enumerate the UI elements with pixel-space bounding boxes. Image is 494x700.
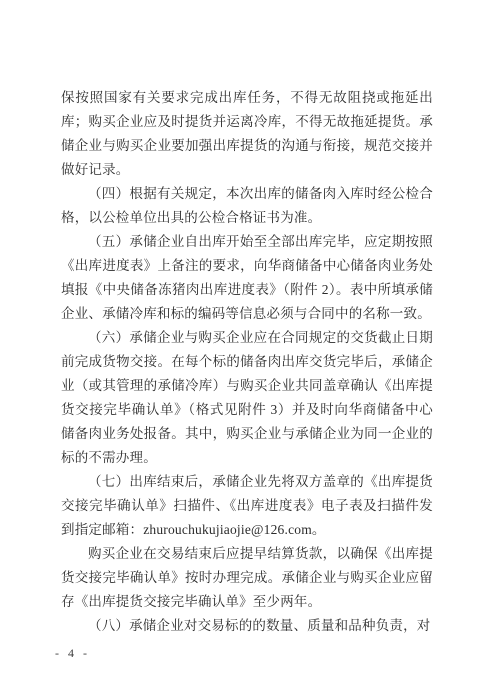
paragraph-item-5: （五）承储企业自出库开始至全部出库完毕，应定期按照《出库进度表》上备注的要求，向… xyxy=(61,230,433,326)
document-page: 保按照国家有关要求完成出库任务，不得无故阻挠或拖延出库；购买企业应及时提货并运离… xyxy=(0,0,494,700)
paragraph-item-4: （四）根据有关规定，本次出库的储备肉入库时经公检合格，以公检单位出具的公检合格证… xyxy=(61,182,433,230)
paragraph-item-6: （六）承储企业与购买企业应在合同规定的交货截止日期前完成货物交接。在每个标的储备… xyxy=(61,326,433,470)
paragraph-continuation: 保按照国家有关要求完成出库任务，不得无故阻挠或拖延出库；购买企业应及时提货并运离… xyxy=(61,86,433,182)
paragraph-item-8: （八）承储企业对交易标的的数量、质量和品种负责，对 xyxy=(61,614,433,638)
document-body: 保按照国家有关要求完成出库任务，不得无故阻挠或拖延出库；购买企业应及时提货并运离… xyxy=(61,86,433,638)
paragraph-item-7: （七）出库结束后，承储企业先将双方盖章的《出库提货交接完毕确认单》扫描件、《出库… xyxy=(61,470,433,542)
page-number: - 4 - xyxy=(55,646,90,661)
paragraph-settlement: 购买企业在交易结束后应提早结算货款，以确保《出库提货交接完毕确认单》按时办理完成… xyxy=(61,542,433,614)
